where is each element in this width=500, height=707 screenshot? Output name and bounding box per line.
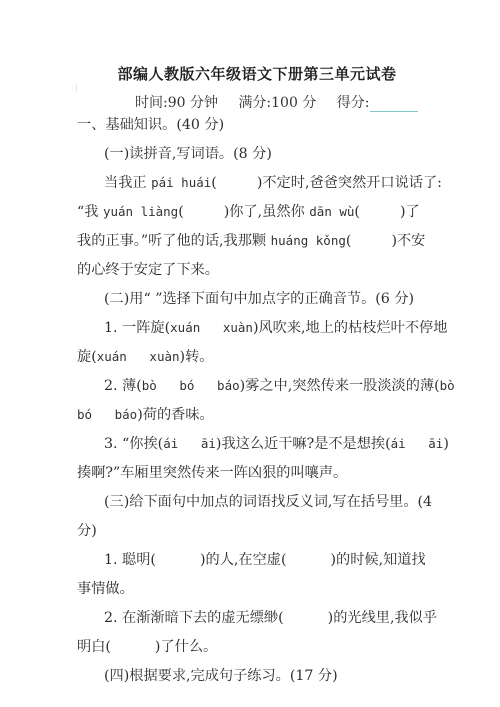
full-score: 满分:100 分 — [238, 95, 316, 111]
text: 当我正 — [104, 175, 151, 191]
paren-open: ( — [178, 204, 184, 220]
text: )风吹来,地上的枯枝烂叶不停地 — [253, 320, 447, 336]
text: )不安 — [391, 233, 425, 249]
part3-heading: (三)给下面句中加点的词语找反义词,写在括号里。(4 — [104, 493, 432, 511]
part2-item2-line2: bó báo)荷的香味。 — [77, 406, 214, 424]
text: )荷的香味。 — [137, 407, 213, 423]
paren-open: ( — [354, 204, 360, 220]
pinyin: pái huái — [151, 175, 211, 190]
text: “我 — [77, 204, 103, 220]
paren-open: ( — [211, 175, 217, 191]
pinyin-options[interactable]: ái āi — [391, 436, 444, 451]
exam-page: 部编人教版六年级语文下册第三单元试卷 时间:90 分钟 满分:100 分 得分:… — [0, 0, 500, 707]
text: )你了,虽然你 — [224, 204, 310, 220]
pinyin-options[interactable]: xuán xuàn — [170, 320, 253, 335]
text: 旋( — [77, 349, 97, 365]
score-label: 得分: — [337, 95, 370, 111]
margin-mark — [76, 84, 77, 92]
text: 我的正事。”听了他的话,我那颗 — [77, 233, 271, 249]
text: )不定时,爸爸突然开口说话了: — [257, 175, 442, 191]
text: )了什么。 — [155, 639, 217, 655]
text: )了 — [400, 204, 420, 220]
pinyin: huáng kǒng — [271, 233, 346, 248]
text: )雾之中,突然传来一股淡淡的薄( — [240, 378, 440, 394]
part1-line-3: 我的正事。”听了他的话,我那颗 huáng kǒng()不安 — [77, 232, 425, 250]
time-limit: 时间:90 分钟 — [135, 95, 218, 111]
pinyin-options[interactable]: bò bó báo — [142, 378, 240, 393]
part2-item1-line1: 1. 一阵旋(xuán xuàn)风吹来,地上的枯枝烂叶不停地 — [104, 319, 447, 337]
text: )的人,在空虚( — [200, 552, 287, 568]
pinyin-options[interactable]: bò — [440, 378, 455, 393]
pinyin: yuán liàng — [103, 204, 178, 219]
text: 2. 薄( — [104, 378, 142, 394]
text: )的光线里,我似乎 — [328, 610, 437, 626]
part1-line-4: 的心终于安定了下来。 — [77, 261, 219, 279]
part4-heading: (四)根据要求,完成句子练习。(17 分) — [104, 667, 338, 685]
text: 明白( — [77, 639, 111, 655]
part1-line-1: 当我正 pái huái()不定时,爸爸突然开口说话了: — [104, 174, 442, 192]
exam-meta: 时间:90 分钟 满分:100 分 得分: — [135, 92, 418, 112]
text: 3. “你挨( — [104, 436, 163, 452]
text: )的时候,知道找 — [331, 552, 426, 568]
part3-item1-line2: 事情做。 — [77, 580, 134, 598]
exam-title: 部编人教版六年级语文下册第三单元试卷 — [0, 63, 500, 84]
text: ) — [443, 436, 449, 452]
part2-item2-line1: 2. 薄(bò bó báo)雾之中,突然传来一股淡淡的薄(bò — [104, 377, 455, 395]
pinyin-options[interactable]: xuán xuàn — [97, 349, 180, 364]
pinyin: dān wù — [309, 204, 354, 219]
section-heading-basic: 一、基础知识。(40 分) — [77, 116, 224, 134]
part2-item3-line2: 揍啊?”车厢里突然传来一阵凶狠的叫嚷声。 — [77, 464, 347, 482]
text: )我这么近干嘛?是不是想挨( — [216, 436, 391, 452]
part2-item1-line2: 旋(xuán xuàn)转。 — [77, 348, 213, 366]
text: 2. 在渐渐暗下去的虚无缥缈( — [104, 610, 284, 626]
pinyin-options[interactable]: ái āi — [163, 436, 216, 451]
pinyin-options[interactable]: bó báo — [77, 407, 137, 422]
part3-heading-cont: 分) — [77, 522, 97, 540]
text: )转。 — [180, 349, 214, 365]
part2-heading: (二)用“ ”选择下面句中加点字的正确音节。(6 分) — [104, 290, 414, 308]
text: 1. 一阵旋( — [104, 320, 170, 336]
text: 1. 聪明( — [104, 552, 156, 568]
part3-item2-line1: 2. 在渐渐暗下去的虚无缥缈()的光线里,我似乎 — [104, 609, 437, 627]
score-blank[interactable] — [370, 97, 418, 112]
part1-line-2: “我 yuán liàng()你了,虽然你 dān wù()了 — [77, 203, 420, 221]
part1-heading: (一)读拼音,写词语。(8 分) — [104, 145, 272, 163]
part2-item3-line1: 3. “你挨(ái āi)我这么近干嘛?是不是想挨(ái āi) — [104, 435, 449, 453]
part3-item1-line1: 1. 聪明()的人,在空虚()的时候,知道找 — [104, 551, 426, 569]
part3-item2-line2: 明白()了什么。 — [77, 638, 217, 656]
paren-open: ( — [346, 233, 352, 249]
